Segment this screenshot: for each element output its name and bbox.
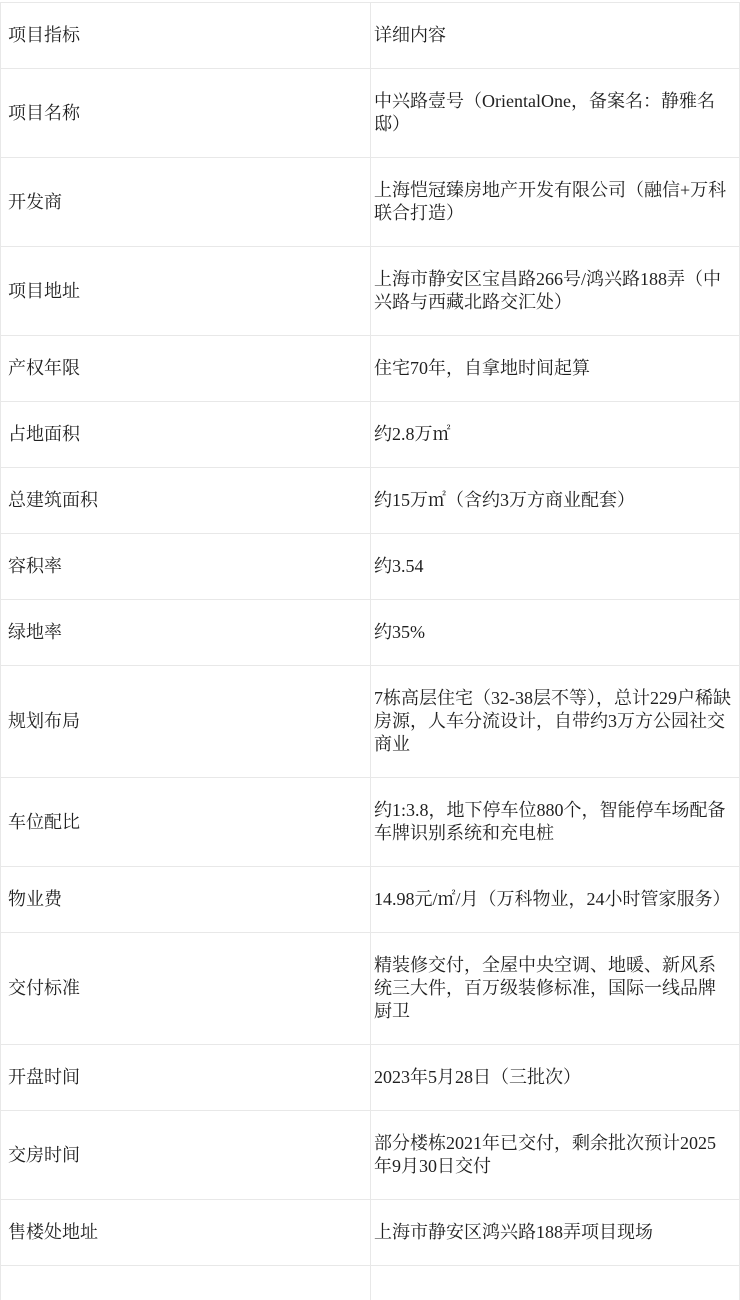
table-row: 总建筑面积约15万㎡（含约3万方商业配套） <box>1 468 740 534</box>
row-label: 开盘时间 <box>1 1045 371 1111</box>
project-info-table: 项目指标 详细内容 项目名称中兴路壹号（OrientalOne，备案名：静雅名邸… <box>0 2 740 1300</box>
row-label: 交付标准 <box>1 933 371 1045</box>
table-row: 车位配比约1:3.8，地下停车位880个，智能停车场配备车牌识别系统和充电桩 <box>1 778 740 867</box>
table-row: 开盘时间2023年5月28日（三批次） <box>1 1045 740 1111</box>
table-row: 产权年限住宅70年，自拿地时间起算 <box>1 336 740 402</box>
row-label: 交房时间 <box>1 1111 371 1200</box>
row-label: 容积率 <box>1 534 371 600</box>
column-header-content: 详细内容 <box>371 3 740 69</box>
table-header-row: 项目指标 详细内容 <box>1 3 740 69</box>
row-value: 7栋高层住宅（32-38层不等），总计229户稀缺房源，人车分流设计，自带约3万… <box>371 666 740 778</box>
row-label: 产权年限 <box>1 336 371 402</box>
row-label: 绿地率 <box>1 600 371 666</box>
column-header-indicator: 项目指标 <box>1 3 371 69</box>
table-row: 物业费14.98元/㎡/月（万科物业，24小时管家服务） <box>1 867 740 933</box>
row-value: 住宅70年，自拿地时间起算 <box>371 336 740 402</box>
table-row: 交房时间部分楼栋2021年已交付，剩余批次预计2025年9月30日交付 <box>1 1111 740 1200</box>
table-row: 容积率约3.54 <box>1 534 740 600</box>
row-value: 约2.8万㎡ <box>371 402 740 468</box>
row-value: 约35% <box>371 600 740 666</box>
row-value: 部分楼栋2021年已交付，剩余批次预计2025年9月30日交付 <box>371 1111 740 1200</box>
table-row: 占地面积约2.8万㎡ <box>1 402 740 468</box>
row-value: 约3.54 <box>371 534 740 600</box>
row-label: 占地面积 <box>1 402 371 468</box>
row-value <box>371 1266 740 1300</box>
row-value: 2023年5月28日（三批次） <box>371 1045 740 1111</box>
row-value: 14.98元/㎡/月（万科物业，24小时管家服务） <box>371 867 740 933</box>
table-row-clipped <box>1 1266 740 1300</box>
table-row: 开发商上海恺冠臻房地产开发有限公司（融信+万科联合打造） <box>1 158 740 247</box>
table-row: 绿地率约35% <box>1 600 740 666</box>
table-row: 售楼处地址上海市静安区鸿兴路188弄项目现场 <box>1 1200 740 1266</box>
row-label: 车位配比 <box>1 778 371 867</box>
row-label: 售楼处地址 <box>1 1200 371 1266</box>
table-row: 交付标准精装修交付，全屋中央空调、地暖、新风系统三大件，百万级装修标准，国际一线… <box>1 933 740 1045</box>
row-value: 约1:3.8，地下停车位880个，智能停车场配备车牌识别系统和充电桩 <box>371 778 740 867</box>
row-value: 精装修交付，全屋中央空调、地暖、新风系统三大件，百万级装修标准，国际一线品牌厨卫 <box>371 933 740 1045</box>
row-value: 上海恺冠臻房地产开发有限公司（融信+万科联合打造） <box>371 158 740 247</box>
table-row: 项目地址上海市静安区宝昌路266号/鸿兴路188弄（中兴路与西藏北路交汇处） <box>1 247 740 336</box>
row-label <box>1 1266 371 1300</box>
row-label: 规划布局 <box>1 666 371 778</box>
row-label: 项目名称 <box>1 69 371 158</box>
table-row: 项目名称中兴路壹号（OrientalOne，备案名：静雅名邸） <box>1 69 740 158</box>
row-label: 项目地址 <box>1 247 371 336</box>
row-label: 开发商 <box>1 158 371 247</box>
row-value: 约15万㎡（含约3万方商业配套） <box>371 468 740 534</box>
table-row: 规划布局7栋高层住宅（32-38层不等），总计229户稀缺房源，人车分流设计，自… <box>1 666 740 778</box>
row-label: 物业费 <box>1 867 371 933</box>
row-value: 中兴路壹号（OrientalOne，备案名：静雅名邸） <box>371 69 740 158</box>
row-value: 上海市静安区鸿兴路188弄项目现场 <box>371 1200 740 1266</box>
row-value: 上海市静安区宝昌路266号/鸿兴路188弄（中兴路与西藏北路交汇处） <box>371 247 740 336</box>
row-label: 总建筑面积 <box>1 468 371 534</box>
